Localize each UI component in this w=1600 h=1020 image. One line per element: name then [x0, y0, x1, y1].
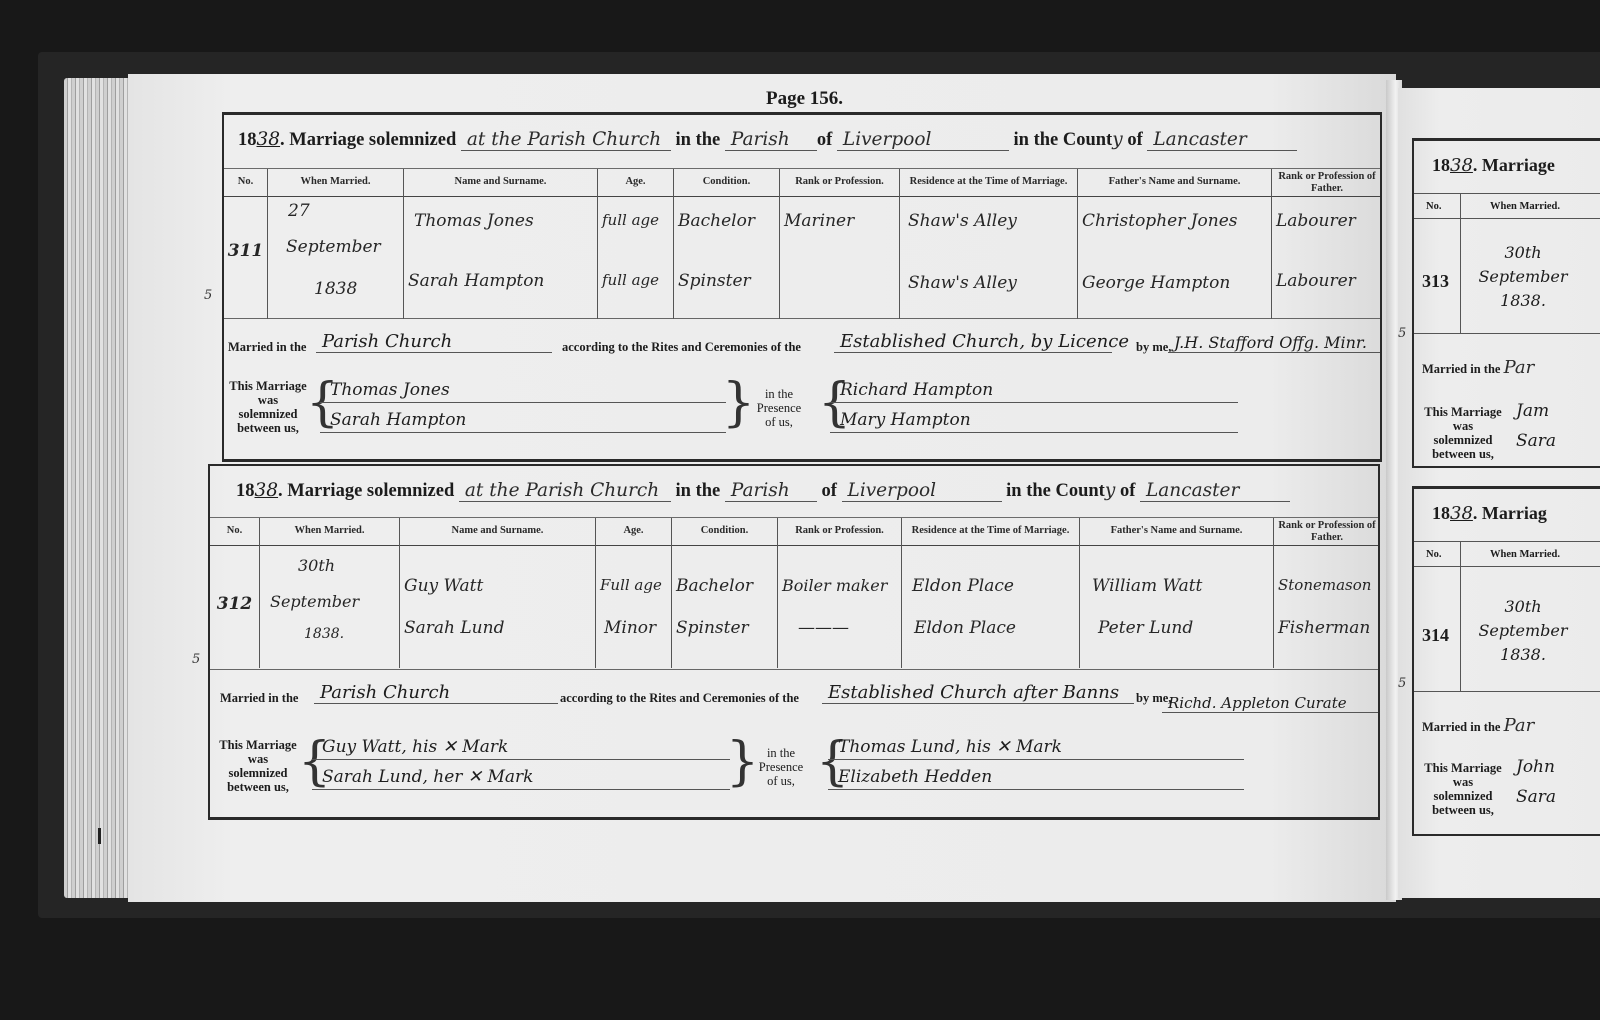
rites-field: Established Church, by Licence: [834, 331, 1112, 353]
date-year: 1838.: [1468, 289, 1578, 313]
page-edge-stack: [64, 78, 130, 898]
divider: [1414, 333, 1600, 334]
bride-rank: ———: [798, 618, 899, 638]
label-county-of: of: [1127, 130, 1142, 150]
label-line: was: [1418, 775, 1508, 789]
cell-age: full age full age: [598, 197, 674, 319]
label-line: solemnized: [1418, 433, 1508, 447]
page-number: Page 156.: [766, 88, 843, 110]
bride-father-name: George Hampton: [1082, 273, 1269, 293]
married-in-field: Parish Church: [316, 331, 552, 353]
groom-rank: Mariner: [784, 211, 897, 231]
label-line: between us,: [1418, 447, 1508, 461]
groom-rank: Boiler maker: [782, 576, 899, 595]
date-year: 1838.: [1468, 643, 1578, 667]
date-year: 1838.: [304, 626, 397, 642]
col-when-married: When Married.: [1490, 549, 1560, 560]
cell-condition: Bachelor Spinster: [672, 546, 778, 668]
year-prefix: 18: [1432, 503, 1450, 523]
margin-mark: 5: [192, 652, 200, 667]
bride-signature: Sarah Hampton: [320, 407, 726, 433]
col-condition: Condition.: [672, 518, 778, 546]
bride-father-rank: Labourer: [1276, 271, 1380, 291]
label-line: was: [224, 393, 312, 407]
groom-signature: Jam: [1516, 401, 1549, 421]
col-when-married: When Married.: [268, 169, 404, 197]
marriage-record-314-partial: 1838. Marriag No. When Married. 314 30th…: [1412, 486, 1600, 836]
col-residence: Residence at the Time of Marriage.: [900, 169, 1078, 197]
col-rank: Rank or Profession.: [778, 518, 902, 546]
label-line: This Marriage: [212, 738, 304, 752]
county-suffix: y: [1105, 480, 1115, 501]
rites-field: Established Church after Banns: [822, 682, 1134, 704]
label-according-to: according to the Rites and Ceremonies of…: [562, 340, 801, 355]
col-no: No.: [1426, 549, 1441, 560]
officiant-signature: J.H. Stafford Offg. Minr.: [1168, 333, 1380, 353]
label-in-the: in the: [676, 481, 721, 501]
place-field: at the Parish Church: [459, 480, 671, 502]
col-father-name: Father's Name and Surname.: [1080, 518, 1274, 546]
label-married-in: Married in the: [1422, 720, 1500, 734]
column-divider: [1460, 193, 1461, 333]
label-line: This Marriage: [1418, 761, 1508, 775]
cell-age: Full age Minor: [596, 546, 672, 668]
year-prefix: 18: [238, 130, 257, 150]
bride-father-name: Peter Lund: [1098, 618, 1271, 638]
label-this-marriage: This Marriage was solemnized between us,: [212, 738, 304, 794]
label-line: Presence: [746, 760, 816, 774]
married-in-field: Parish Church: [314, 682, 558, 704]
bride-signature: Sarah Lund, her ✕ Mark: [312, 764, 730, 790]
col-age: Age.: [596, 518, 672, 546]
cell-name: Guy Watt Sarah Lund: [400, 546, 596, 668]
label-in-the: in the: [676, 130, 721, 150]
label-by-me: by me,: [1136, 340, 1171, 355]
cell-condition: Bachelor Spinster: [674, 197, 780, 319]
groom-father-rank: Stonemason: [1278, 576, 1378, 594]
date-month: September: [1468, 265, 1578, 289]
groom-name: Guy Watt: [404, 576, 593, 596]
bride-signature: Sara: [1516, 787, 1556, 807]
col-no: No.: [1426, 201, 1441, 212]
groom-father-name: Christopher Jones: [1082, 211, 1269, 231]
witness-1-signature: Thomas Lund, his ✕ Mark: [828, 734, 1244, 760]
witness-2-signature: Elizabeth Hedden: [828, 764, 1244, 790]
cell-when-married: 30th September 1838.: [260, 546, 400, 668]
column-headers: No. When Married.: [1414, 541, 1600, 567]
label-county: in the Count: [1014, 130, 1113, 150]
col-father-name: Father's Name and Surname.: [1078, 169, 1272, 197]
cell-father-name: William Watt Peter Lund: [1080, 546, 1274, 668]
entry-number: 312: [210, 594, 259, 614]
col-when-married: When Married.: [260, 518, 400, 546]
label-line: in the: [746, 746, 816, 760]
cell-rank: Mariner: [780, 197, 900, 319]
married-in-line: Married in the Par: [1422, 357, 1534, 378]
col-father-rank: Rank or Profession of Father.: [1272, 169, 1382, 197]
entry-number: 313: [1422, 271, 1449, 292]
label-in-presence: in the Presence of us,: [744, 387, 814, 429]
column-headers: No. When Married. Name and Surname. Age.…: [210, 518, 1378, 546]
record-heading: 1838. Marriage solemnized at the Parish …: [224, 115, 1380, 169]
witness-2-signature: Mary Hampton: [830, 407, 1238, 433]
record-heading: 1838. Marriag: [1432, 503, 1547, 524]
record-heading: 1838. Marriage solemnized at the Parish …: [210, 464, 1378, 518]
bride-father-rank: Fisherman: [1278, 618, 1378, 638]
bride-condition: Spinster: [676, 618, 775, 638]
cell-no: 311: [224, 197, 268, 319]
bride-name: Sarah Hampton: [408, 271, 595, 291]
label-line: of us,: [744, 415, 814, 429]
label-county: in the Count: [1006, 481, 1105, 501]
cell-father-rank: Labourer Labourer: [1272, 197, 1382, 319]
groom-age: full age: [602, 211, 671, 229]
parish-field: Parish: [725, 480, 817, 502]
date-block: 30th September 1838.: [1468, 241, 1578, 313]
bride-age: Minor: [604, 618, 669, 638]
divider: [1414, 691, 1600, 692]
label-line: between us,: [212, 780, 304, 794]
signature-block: This Marriage was solemnized between us,…: [210, 726, 1378, 816]
married-in-field: Par: [1504, 357, 1535, 378]
married-in-field: Par: [1504, 715, 1535, 736]
label-line: between us,: [224, 421, 312, 435]
record-row: 311 27 September 1838 Thomas Jones Sarah…: [224, 197, 1380, 319]
label-line: between us,: [1418, 803, 1508, 817]
label-according-to: according to the Rites and Ceremonies of…: [560, 691, 799, 706]
record-heading: 1838. Marriage: [1432, 155, 1555, 176]
date-day: 27: [288, 201, 401, 221]
column-headers: No. When Married. Name and Surname. Age.…: [224, 169, 1380, 197]
label-married-in: Married in the: [1422, 362, 1500, 376]
married-in-line: Married in the Parish Church according t…: [224, 325, 1380, 365]
label-line: solemnized: [1418, 789, 1508, 803]
date-month: September: [270, 592, 397, 611]
county-field: Lancaster: [1147, 129, 1297, 151]
officiant-signature: Richd. Appleton Curate: [1162, 694, 1378, 713]
year-suffix: 38: [255, 480, 279, 501]
label-line: was: [1418, 419, 1508, 433]
bride-signature: Sara: [1516, 431, 1556, 451]
date-year: 1838: [314, 279, 401, 299]
column-divider: [1460, 541, 1461, 691]
label-marriage-solemnized: . Marriage solemnized: [278, 481, 454, 501]
col-rank: Rank or Profession.: [780, 169, 900, 197]
year-suffix: 38: [1450, 155, 1473, 176]
cell-father-rank: Stonemason Fisherman: [1274, 546, 1380, 668]
page-edge-mark: [98, 828, 101, 844]
label-line: This Marriage: [224, 379, 312, 393]
margin-mark: 5: [1398, 326, 1406, 341]
col-father-rank: Rank or Profession of Father.: [1274, 518, 1380, 546]
label-married-in: Married in the: [220, 691, 298, 706]
bride-name: Sarah Lund: [404, 618, 593, 638]
col-no: No.: [210, 518, 260, 546]
marriage-record-311: 1838. Marriage solemnized at the Parish …: [222, 112, 1382, 462]
groom-signature: Guy Watt, his ✕ Mark: [312, 734, 730, 760]
entry-number: 311: [224, 241, 267, 261]
cell-when-married: 27 September 1838: [268, 197, 404, 319]
col-name: Name and Surname.: [400, 518, 596, 546]
groom-age: Full age: [600, 576, 669, 594]
label-line: of us,: [746, 774, 816, 788]
marriage-record-312: 1838. Marriage solemnized at the Parish …: [208, 464, 1380, 820]
married-in-line: Married in the Par: [1422, 715, 1534, 736]
bride-condition: Spinster: [678, 271, 777, 291]
county-field: Lancaster: [1140, 480, 1290, 502]
parish-name-field: Liverpool: [842, 480, 1002, 502]
groom-condition: Bachelor: [676, 576, 775, 596]
label-line: was: [212, 752, 304, 766]
cell-father-name: Christopher Jones George Hampton: [1078, 197, 1272, 319]
groom-name: Thomas Jones: [414, 211, 595, 231]
groom-condition: Bachelor: [678, 211, 777, 231]
cell-residence: Shaw's Alley Shaw's Alley: [900, 197, 1078, 319]
county-suffix: y: [1112, 129, 1122, 150]
bride-age: full age: [602, 271, 671, 289]
label-line: solemnized: [212, 766, 304, 780]
cell-no: 312: [210, 546, 260, 668]
groom-signature: Thomas Jones: [320, 377, 726, 403]
col-residence: Residence at the Time of Marriage.: [902, 518, 1080, 546]
bride-residence: Shaw's Alley: [908, 273, 1075, 293]
date-day: 30th: [298, 556, 397, 575]
parish-field: Parish: [725, 129, 817, 151]
marriage-record-313-partial: 1838. Marriage No. When Married. 313 30t…: [1412, 138, 1600, 468]
col-when-married: When Married.: [1490, 201, 1560, 212]
groom-residence: Shaw's Alley: [908, 211, 1075, 231]
label-county-of: of: [1120, 481, 1135, 501]
groom-residence: Eldon Place: [912, 576, 1077, 596]
cell-rank: Boiler maker ———: [778, 546, 902, 668]
date-day: 30th: [1468, 595, 1578, 619]
label-line: solemnized: [224, 407, 312, 421]
groom-father-rank: Labourer: [1276, 211, 1380, 231]
parish-name-field: Liverpool: [837, 129, 1009, 151]
groom-signature: John: [1516, 757, 1555, 777]
label-marriage-solemnized: . Marriage solemnized: [280, 130, 456, 150]
year-prefix: 18: [236, 481, 255, 501]
cell-name: Thomas Jones Sarah Hampton: [404, 197, 598, 319]
bride-residence: Eldon Place: [914, 618, 1077, 638]
year-prefix: 18: [1432, 155, 1450, 175]
date-month: September: [1468, 619, 1578, 643]
label-line: in the: [744, 387, 814, 401]
col-no: No.: [224, 169, 268, 197]
label-line: Presence: [744, 401, 814, 415]
margin-mark: 5: [1398, 676, 1406, 691]
cell-residence: Eldon Place Eldon Place: [902, 546, 1080, 668]
col-name: Name and Surname.: [404, 169, 598, 197]
col-condition: Condition.: [674, 169, 780, 197]
label-of: of: [817, 130, 832, 150]
label-this-marriage: This Marriage was solemnized between us,: [1418, 761, 1508, 817]
label-this-marriage: This Marriage was solemnized between us,: [224, 379, 312, 435]
witness-1-signature: Richard Hampton: [830, 377, 1238, 403]
column-headers: No. When Married.: [1414, 193, 1600, 219]
label-marriage: . Marriag: [1473, 503, 1547, 523]
record-row: 312 30th September 1838. Guy Watt Sarah …: [210, 546, 1378, 670]
margin-mark: 5: [204, 288, 212, 303]
place-field: at the Parish Church: [461, 129, 671, 151]
col-age: Age.: [598, 169, 674, 197]
label-of: of: [821, 481, 836, 501]
entry-number: 314: [1422, 625, 1449, 646]
date-block: 30th September 1838.: [1468, 595, 1578, 667]
married-in-line: Married in the Parish Church according t…: [210, 676, 1378, 716]
label-this-marriage: This Marriage was solemnized between us,: [1418, 405, 1508, 461]
label-in-presence: in the Presence of us,: [746, 746, 816, 788]
date-day: 30th: [1468, 241, 1578, 265]
year-suffix: 38: [1450, 503, 1473, 524]
year-suffix: 38: [257, 129, 281, 150]
date-month: September: [286, 237, 401, 257]
groom-father-name: William Watt: [1092, 576, 1271, 596]
signature-block: This Marriage was solemnized between us,…: [224, 367, 1380, 457]
label-marriage: . Marriage: [1473, 155, 1555, 175]
label-married-in: Married in the: [228, 340, 306, 355]
label-line: This Marriage: [1418, 405, 1508, 419]
